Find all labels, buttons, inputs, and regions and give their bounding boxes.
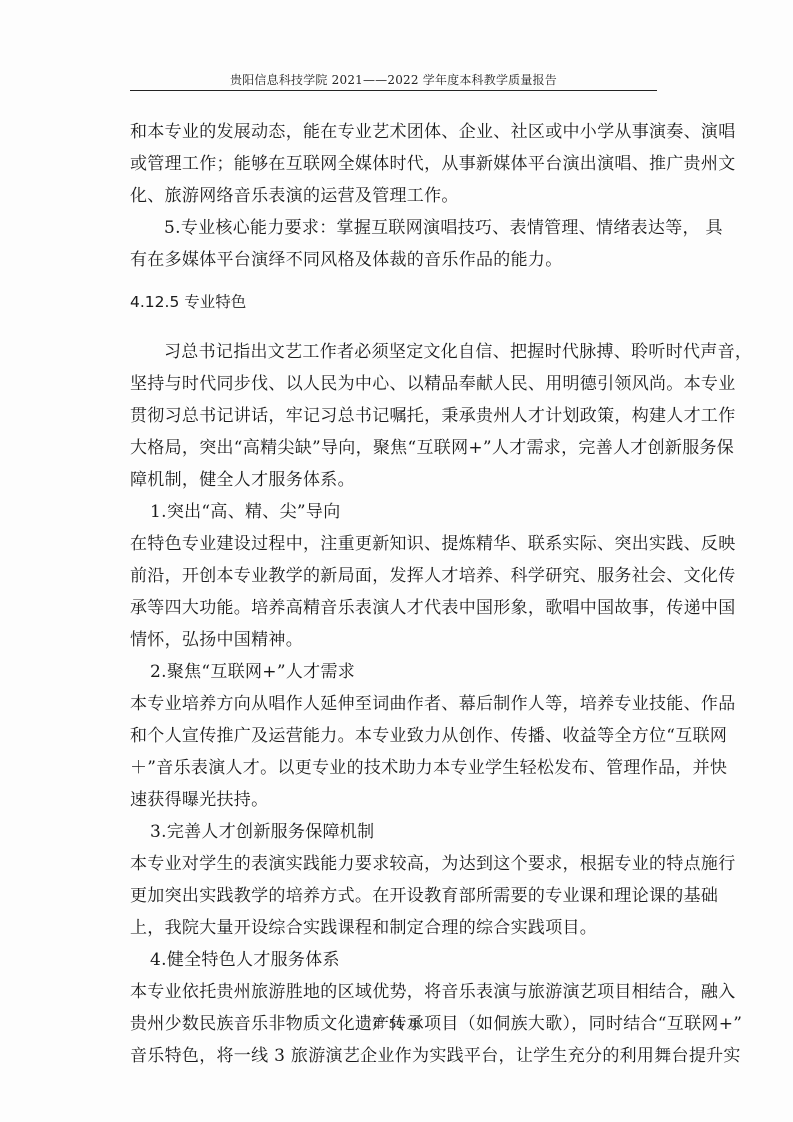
text-line: 或管理工作；能够在互联网全媒体时代，从事新媒体平台演出演唱、推广贵州文 [130, 148, 656, 180]
text-line: 在特色专业建设过程中，注重更新知识、提炼精华、联系实际、突出实践、反映 [130, 528, 656, 560]
section-heading: 4.12.5 专业特色 [130, 286, 656, 318]
text-line: 本专业依托贵州旅游胜地的区域优势，将音乐表演与旅游演艺项目相结合，融入 [130, 976, 656, 1008]
text-line: 情怀，弘扬中国精神。 [130, 624, 656, 656]
text-line: 化、旅游网络音乐表演的运营及管理工作。 [130, 180, 656, 212]
text-line: 和个人宣传推广及运营能力。本专业致力从创作、传播、收益等全方位“互联网 [130, 720, 656, 752]
item-title: 1.突出“高、精、尖”导向 [130, 496, 656, 528]
text-line: 速获得曝光扶持。 [130, 784, 656, 816]
document-body: 和本专业的发展动态，能在专业艺术团体、企业、社区或中小学从事演奏、演唱 或管理工… [130, 116, 656, 1072]
text-line: 习总书记指出文艺工作者必须坚定文化自信、把握时代脉搏、聆听时代声音， [130, 336, 656, 368]
text-line: 承等四大功能。培养高精音乐表演人才代表中国形象，歌唱中国故事，传递中国 [130, 592, 656, 624]
paragraph-intro-continuation: 和本专业的发展动态，能在专业艺术团体、企业、社区或中小学从事演奏、演唱 或管理工… [130, 116, 656, 212]
text-line: 上，我院大量开设综合实践课程和制定合理的综合实践项目。 [130, 912, 656, 944]
text-line: 音乐特色，将一线 3 旅游演艺企业作为实践平台，让学生充分的利用舞台提升实 [130, 1040, 656, 1072]
paragraph-core-ability: 5.专业核心能力要求：掌握互联网演唱技巧、表情管理、情绪表达等， 具 有在多媒体… [130, 212, 656, 276]
text-line: 本专业培养方向从唱作人延伸至词曲作者、幕后制作人等，培养专业技能、作品 [130, 688, 656, 720]
text-line: 5.专业核心能力要求：掌握互联网演唱技巧、表情管理、情绪表达等， 具 [130, 212, 656, 244]
text-line: 障机制，健全人才服务体系。 [130, 464, 656, 496]
paragraph-section-intro: 习总书记指出文艺工作者必须坚定文化自信、把握时代脉搏、聆听时代声音， 坚持与时代… [130, 336, 656, 496]
text-line: 和本专业的发展动态，能在专业艺术团体、企业、社区或中小学从事演奏、演唱 [130, 116, 656, 148]
header-rule [130, 90, 657, 91]
text-line: 本专业对学生的表演实践能力要求较高，为达到这个要求，根据专业的特点施行 [130, 848, 656, 880]
item-4: 4.健全特色人才服务体系 本专业依托贵州旅游胜地的区域优势，将音乐表演与旅游演艺… [130, 944, 656, 1072]
text-line: ＋”音乐表演人才。以更专业的技术助力本专业学生轻松发布、管理作品，并快 [130, 752, 656, 784]
item-1: 1.突出“高、精、尖”导向 在特色专业建设过程中，注重更新知识、提炼精华、联系实… [130, 496, 656, 656]
text-line: 前沿，开创本专业教学的新局面，发挥人才培养、科学研究、服务社会、文化传 [130, 560, 656, 592]
text-line: 贯彻习总书记讲话，牢记习总书记嘱托，秉承贵州人才计划政策，构建人才工作 [130, 400, 656, 432]
page-number: 第 51 页 [0, 1014, 793, 1032]
text-line: 坚持与时代同步伐、以人民为中心、以精品奉献人民、用明德引领风尚。本专业 [130, 368, 656, 400]
item-2: 2.聚焦“互联网+”人才需求 本专业培养方向从唱作人延伸至词曲作者、幕后制作人等… [130, 656, 656, 816]
item-title: 4.健全特色人才服务体系 [130, 944, 656, 976]
text-line: 大格局，突出“高精尖缺”导向，聚焦“互联网+”人才需求，完善人才创新服务保 [130, 432, 656, 464]
item-title: 3.完善人才创新服务保障机制 [130, 816, 656, 848]
item-3: 3.完善人才创新服务保障机制 本专业对学生的表演实践能力要求较高，为达到这个要求… [130, 816, 656, 944]
text-line: 更加突出实践教学的培养方式。在开设教育部所需要的专业课和理论课的基础 [130, 880, 656, 912]
page-header: 贵阳信息科技学院 2021——2022 学年度本科教学质量报告 [130, 71, 657, 88]
item-title: 2.聚焦“互联网+”人才需求 [130, 656, 656, 688]
text-line: 有在多媒体平台演绎不同风格及体裁的音乐作品的能力。 [130, 244, 656, 276]
